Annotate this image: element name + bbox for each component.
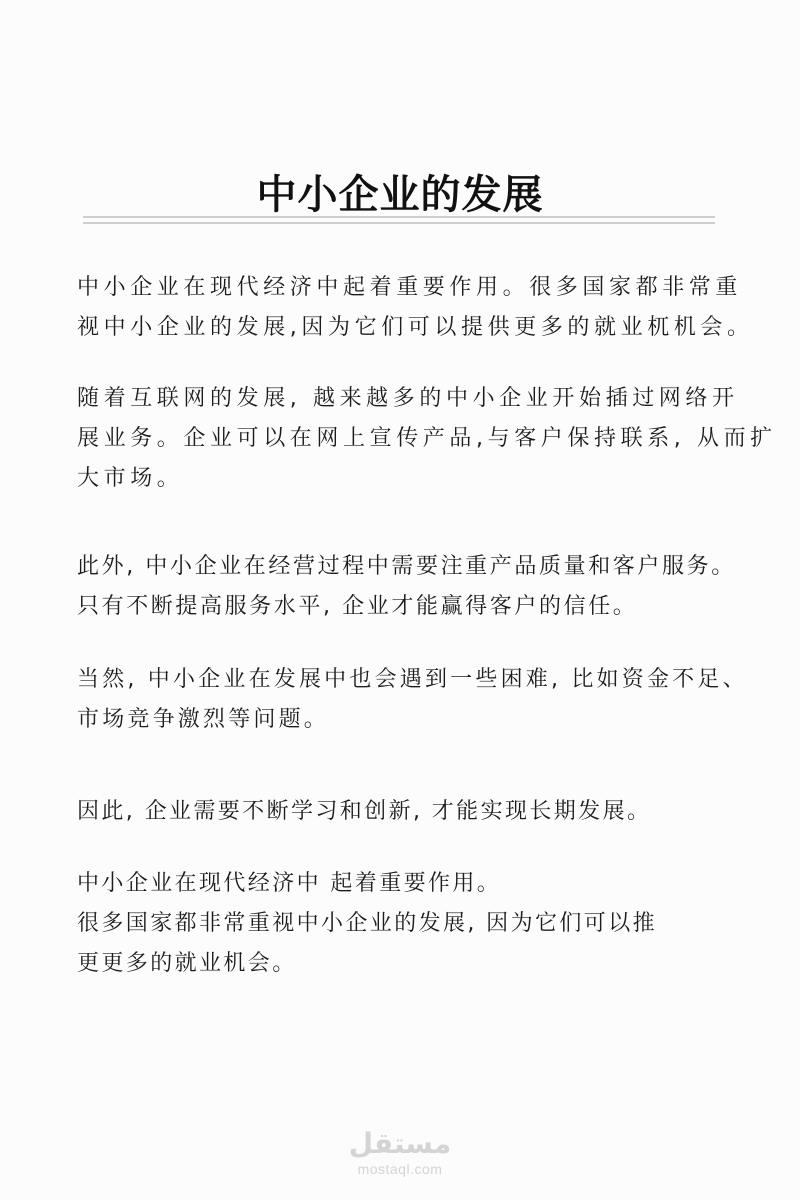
paragraph-line: 因此, 企业需要不断学习和创新, 才能实现长期发展。 <box>77 792 777 832</box>
paragraph-line: 视中小企业的发展,因为它们可以提供更多的就业杌机会。 <box>77 308 777 348</box>
title-divider-top <box>83 216 715 218</box>
paragraph-4: 当然, 中小企业在发展中也会遇到一些困难, 比如资金不足、 市场竞争激烈等问题。 <box>77 660 777 740</box>
paragraph-line: 展业务。企业可以在网上宣传产品,与客户保持联系, 从而扩 <box>77 419 777 459</box>
paragraph-3: 此外, 中小企业在经营过程中需要注重产品质量和客户服务。 只有不断提高服务水平,… <box>77 547 777 627</box>
paragraph-line: 中小企业在现代经济中 起着重要作用。 <box>77 864 777 904</box>
paragraph-line: 很多国家都非常重视中小企业的发展, 因为它们可以推 <box>77 904 777 944</box>
paragraph-line: 大市场。 <box>77 459 777 499</box>
page-title: 中小企业的发展 <box>0 167 800 223</box>
paragraph-2: 随着互联网的发展, 越来越多的中小企业开始插过网络开 展业务。企业可以在网上宣传… <box>77 379 777 499</box>
paragraph-line: 中小企业在现代经济中起着重要作用。很多国家都非常重 <box>77 268 777 308</box>
paragraph-line: 此外, 中小企业在经营过程中需要注重产品质量和客户服务。 <box>77 547 777 587</box>
paragraph-line: 只有不断提高服务水平, 企业才能赢得客户的信任。 <box>77 587 777 627</box>
title-divider-bottom <box>83 222 715 224</box>
paragraph-1: 中小企业在现代经济中起着重要作用。很多国家都非常重 视中小企业的发展,因为它们可… <box>77 268 777 348</box>
paragraph-line: 随着互联网的发展, 越来越多的中小企业开始插过网络开 <box>77 379 777 419</box>
paragraph-line: 当然, 中小企业在发展中也会遇到一些困难, 比如资金不足、 <box>77 660 777 700</box>
paragraph-5: 因此, 企业需要不断学习和创新, 才能实现长期发展。 <box>77 792 777 832</box>
watermark-url: mostaql.com <box>0 1160 800 1178</box>
watermark: مستقل mostaql.com <box>0 1128 800 1178</box>
paragraph-line: 更更多的就业机会。 <box>77 944 777 984</box>
paragraph-6: 中小企业在现代经济中 起着重要作用。 很多国家都非常重视中小企业的发展, 因为它… <box>77 864 777 984</box>
watermark-logo-text: مستقل <box>0 1128 800 1160</box>
paragraph-line: 市场竞争激烈等问题。 <box>77 700 777 740</box>
